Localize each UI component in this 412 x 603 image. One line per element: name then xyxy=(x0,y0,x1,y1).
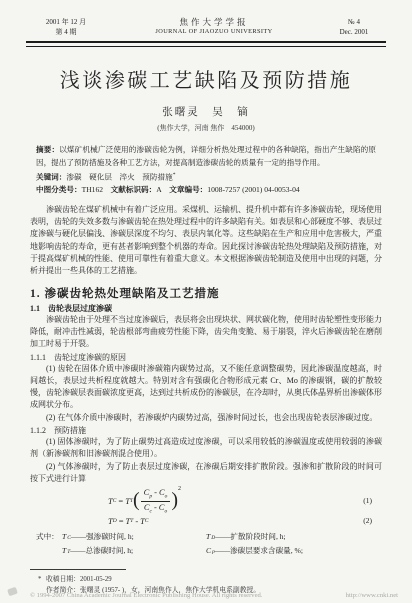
keywords-line: 关键词：渗碳 硬化层 淬火 预防措施* xyxy=(36,169,376,184)
where-item-tc: 式中： TC ——强渗碳时间, h; xyxy=(36,531,206,545)
eq1-left-paren: ( xyxy=(133,491,140,509)
eq1-den-minus: - xyxy=(152,502,159,512)
where-sym-tt: T xyxy=(62,545,66,558)
journal-header-center: 焦作大学学报 JOURNAL OF JIAOZUO UNIVERSITY xyxy=(155,17,272,37)
abstract-text: 以煤矿机械广泛使用的渗碳齿轮为例，详细分析热处理过程中的各种缺陷，指出产生缺陷的… xyxy=(36,145,376,167)
journal-header-left: 2001 年 12 月 第 4 期 xyxy=(30,18,102,37)
journal-date-en: Dec. 2001 xyxy=(326,28,382,37)
where-desc-td: ——扩散阶段时间, h; xyxy=(215,531,285,544)
journal-header: 2001 年 12 月 第 4 期 焦作大学学报 JOURNAL OF JIAO… xyxy=(0,0,412,40)
eq1-den-b-sub: o xyxy=(164,509,167,515)
classification-line: 中图分类号：TH162 文献标识码：A 文章编号：1008-7257 (2001… xyxy=(36,184,376,197)
where-sym-tc: T xyxy=(62,531,66,544)
article-body: 渗碳齿轮在煤矿机械中有着广泛应用。采煤机、运输机、提升机中都有许多渗碳齿轮，现场… xyxy=(0,204,412,558)
eq1-num-minus: - xyxy=(152,487,159,497)
section-1-1-2-heading: 1.1.2 预防措施 xyxy=(30,425,382,436)
section-1-1-heading: 1.1 齿轮表层过度渗碳 xyxy=(30,303,382,314)
footnote-rule xyxy=(30,569,126,570)
where-row-1: 式中： TC ——强渗碳时间, h; TD ——扩散阶段时间, h; xyxy=(36,531,376,545)
where-item-cp: Cp ——渗碳层要求含碳量, %; xyxy=(206,545,376,559)
eq1-equals: = xyxy=(116,497,125,506)
eq2-minus: - xyxy=(133,517,140,526)
section-1-heading: 1. 渗碳齿轮热处理缺陷及工艺措施 xyxy=(30,285,382,301)
clc-label: 中图分类号： xyxy=(36,185,82,194)
section-1-1-1-heading: 1.1.1 齿轮过度渗碳的原因 xyxy=(30,352,382,363)
equation-1-number: (1) xyxy=(363,497,372,505)
journal-title-cn: 焦作大学学报 xyxy=(155,17,272,28)
where-label: 式中： xyxy=(36,531,62,544)
journal-date-cn: 2001 年 12 月 xyxy=(30,18,102,27)
journal-issue-cn: 第 4 期 xyxy=(30,28,102,37)
footnote-received: * 收稿日期： 2001-05-29 xyxy=(38,574,382,585)
copyright-text: © 1994-2007 China Academic Journal Elect… xyxy=(30,592,262,599)
author-names: 张曙灵 吴 镝 xyxy=(0,104,412,119)
abstract-label: 摘要： xyxy=(36,145,59,154)
received-label: 收稿日期： xyxy=(46,574,80,585)
where-sym-cp: C xyxy=(206,545,211,558)
author-affiliation: (焦作大学，河南 焦作 454000) xyxy=(0,123,412,133)
cnki-url: http://www.cnki.net xyxy=(346,592,398,599)
prevention-paragraph-2: (2) 气体渗碳时，为了防止表层过度渗碳，在渗碳后期安排扩散阶段。强渗和扩散阶段… xyxy=(30,461,382,486)
keywords-label: 关键词： xyxy=(36,173,66,182)
scan-artifact xyxy=(7,587,18,596)
article-no-label: 文章编号： xyxy=(162,185,208,194)
cause-paragraph-1: (1) 齿轮在固体介质中渗碳时渗碳箱内碳势过高，又不能任意调整碳势，因此渗碳温度… xyxy=(30,363,382,412)
where-desc-tc: ——强渗碳时间, h; xyxy=(71,531,134,544)
cause-paragraph-2: (2) 在气体介质中渗碳时，若渗碳炉内碳势过高，强渗时间过长，也会出现齿轮表层渗… xyxy=(30,412,382,424)
equation-2: TD = TT - TC (2) xyxy=(108,517,372,526)
keywords-footnote-mark: * xyxy=(173,172,176,178)
where-row-2: TT ——总渗碳时间, h; Cp ——渗碳层要求含碳量, %; xyxy=(36,545,376,559)
where-item-tt: TT ——总渗碳时间, h; xyxy=(36,545,206,559)
equation-1: TC = TT ( Cp-Co Cc-Co ) 2 (1) xyxy=(108,488,372,514)
eq2-equals: = xyxy=(117,517,126,526)
where-sym-td: T xyxy=(206,531,210,544)
where-desc-tt: ——总渗碳时间, h; xyxy=(70,545,133,558)
eq1-power: 2 xyxy=(178,486,181,493)
eq1-right-paren: ) xyxy=(171,491,178,509)
journal-header-right: № 4 Dec. 2001 xyxy=(326,18,382,37)
clc-code: TH162 xyxy=(82,185,104,194)
article-title: 浅谈渗碳工艺缺陷及预防措施 xyxy=(0,64,412,93)
eq1-denominator: Cc-Co xyxy=(144,502,167,515)
equation-2-number: (2) xyxy=(363,517,372,525)
abstract-block: 摘要：以煤矿机械广泛使用的渗碳齿轮为例，详细分析热处理过程中的各种缺陷，指出产生… xyxy=(36,144,376,169)
header-double-rule xyxy=(26,41,386,47)
eq1-fraction: Cp-Co Cc-Co xyxy=(141,488,171,514)
eq1-numerator: Cp-Co xyxy=(141,488,171,502)
where-clause: 式中： TC ——强渗碳时间, h; TD ——扩散阶段时间, h; TT ——… xyxy=(36,531,376,558)
intro-paragraph: 渗碳齿轮在煤矿机械中有着广泛应用。采煤机、运输机、提升机中都有许多渗碳齿轮，现场… xyxy=(30,204,382,278)
keywords-text: 渗碳 硬化层 淬火 预防措施 xyxy=(66,173,172,182)
received-date: 2001-05-29 xyxy=(80,574,112,585)
where-item-td: TD ——扩散阶段时间, h; xyxy=(206,531,376,545)
journal-issue-no: № 4 xyxy=(326,18,382,27)
where-desc-cp: ——渗碳层要求含碳量, %; xyxy=(215,545,303,558)
eq2-b-sub: C xyxy=(145,518,149,524)
article-no: 1008-7257 (2001) 04-0053-04 xyxy=(207,185,299,194)
journal-title-en: JOURNAL OF JIAOZUO UNIVERSITY xyxy=(155,28,272,37)
footnote-mark: * xyxy=(38,574,46,585)
doc-code-label: 文献标识码： xyxy=(103,185,156,194)
section-1-1-paragraph: 渗碳齿轮由于处理不当过度渗碳后，表层将会出现块状、网状碳化物，使用时齿轮塑性变形… xyxy=(30,314,382,351)
eq1-num-b-sub: o xyxy=(165,494,168,500)
prevention-paragraph-1: (1) 固体渗碳时，为了防止碳势过高造成过度渗碳，可以采用较低的渗碳温度或使用较… xyxy=(30,436,382,461)
journal-page: 2001 年 12 月 第 4 期 焦作大学学报 JOURNAL OF JIAO… xyxy=(0,0,412,603)
page-footer: © 1994-2007 China Academic Journal Elect… xyxy=(30,592,398,599)
